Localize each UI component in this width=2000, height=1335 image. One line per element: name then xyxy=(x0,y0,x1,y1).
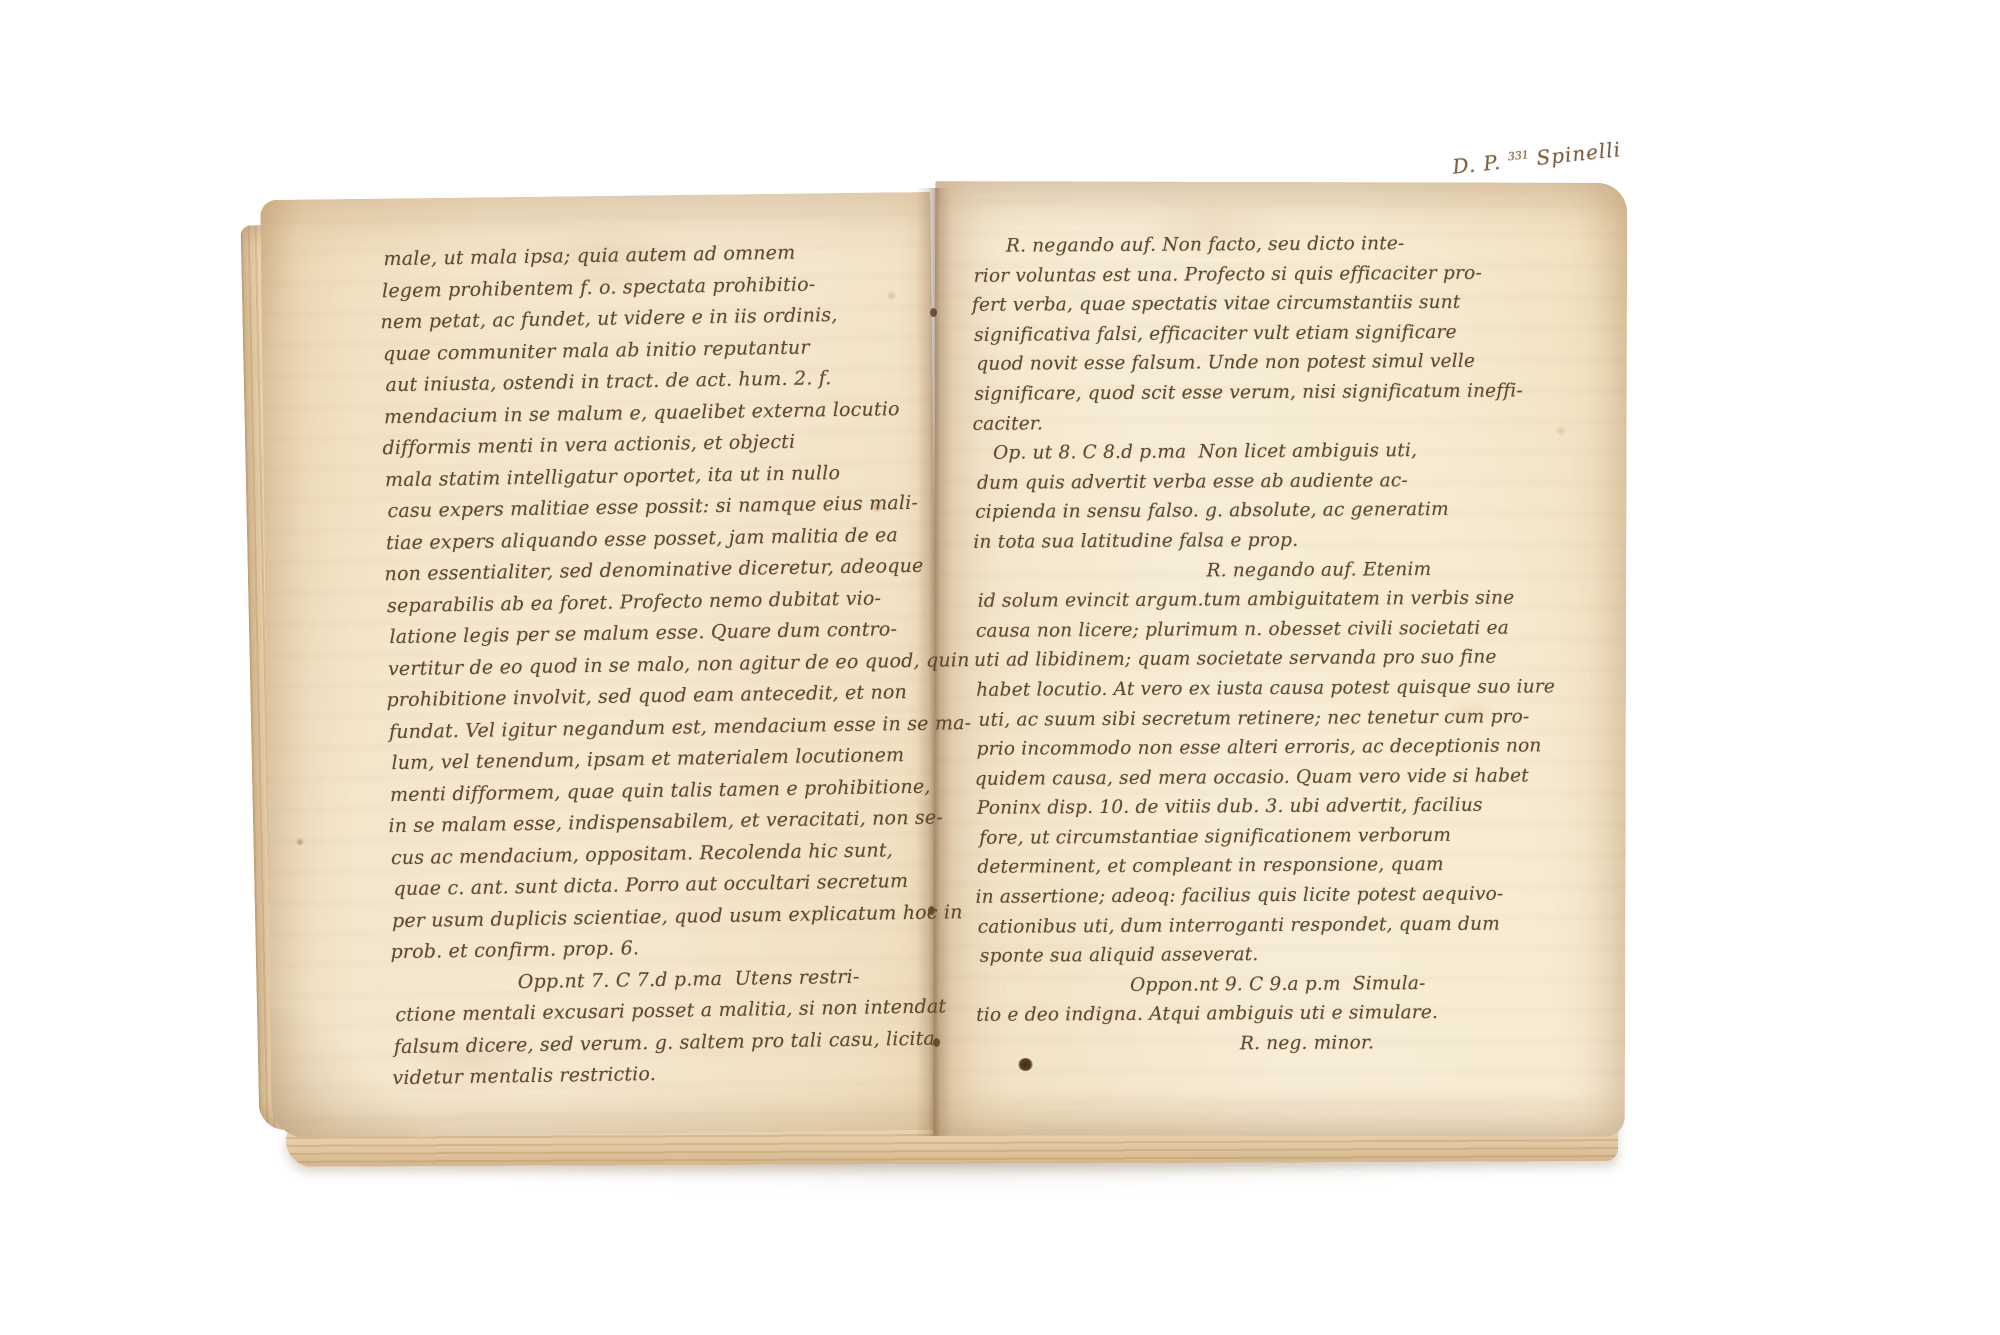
handwritten-line: R. neg. minor. xyxy=(978,1027,1570,1060)
handwritten-line: Op. ut 8. C 8.d p.ma Non licet ambiguis … xyxy=(975,435,1567,468)
handwritten-line: R. negando auf. Non facto, seu dicto int… xyxy=(975,228,1565,261)
inscription-name: Spinelli xyxy=(1535,137,1622,170)
handwritten-line: in assertione; adeoq: facilius quis lici… xyxy=(975,879,1569,912)
handwritten-line: significativa falsi, efficaciter vult et… xyxy=(974,317,1566,350)
handwritten-line: Poninx disp. 10. de vitiis dub. 3. ubi a… xyxy=(977,790,1569,823)
handwritten-line: R. negando auf. Etenim xyxy=(975,554,1567,587)
handwritten-line: Oppon.nt 9. C 9.a p.m Simula- xyxy=(978,968,1570,1001)
handwritten-line: prio incommodo non esse alteri erroris, … xyxy=(977,731,1569,764)
handwritten-line: fert verba, quae spectatis vitae circums… xyxy=(972,287,1566,320)
left-page-text: male, ut mala ipsa; quia autem ad omneml… xyxy=(381,236,924,1095)
handwritten-line: quod novit esse falsum. Unde non potest … xyxy=(976,347,1566,380)
foxing-stain xyxy=(296,838,304,846)
handwritten-line: id solum evincit argum.tum ambiguitatem … xyxy=(978,583,1568,616)
owner-inscription: D. P. 331 Spinelli xyxy=(1451,137,1622,179)
ink-blot xyxy=(1018,1058,1033,1071)
handwritten-line: determinent, et compleant in responsione… xyxy=(977,850,1569,883)
photo-background: male, ut mala ipsa; quia autem ad omneml… xyxy=(0,0,2000,1335)
handwritten-line: cipienda in sensu falso. g. absolute, ac… xyxy=(975,495,1567,528)
handwritten-line: in tota sua latitudine falsa e prop. xyxy=(973,524,1567,557)
handwritten-line: caciter. xyxy=(973,406,1567,439)
stitch-hole xyxy=(930,308,937,317)
handwritten-line: rior voluntas est una. Profecto si quis … xyxy=(974,258,1566,291)
handwritten-line: cationibus uti, dum interroganti respond… xyxy=(978,909,1570,942)
handwritten-line: quidem causa, sed mera occasio. Quam ver… xyxy=(975,761,1569,794)
handwritten-line: tio e deo indigna. Atqui ambiguis uti e … xyxy=(976,998,1570,1031)
handwritten-line: uti ad libidinem; quam societate servand… xyxy=(974,643,1568,676)
handwritten-line: causa non licere; plurimum n. obesset ci… xyxy=(976,613,1568,646)
inscription-number: 331 xyxy=(1507,148,1529,163)
right-page-text: R. negando auf. Non facto, seu dicto int… xyxy=(973,228,1570,1060)
handwritten-line: dum quis advertit verba esse ab audiente… xyxy=(977,465,1567,498)
handwritten-line: significare, quod scit esse verum, nisi … xyxy=(974,376,1566,409)
inscription-prefix: D. P. xyxy=(1451,150,1502,179)
handwritten-line: fore, ut circumstantiae significationem … xyxy=(979,820,1569,853)
handwritten-line: sponte sua aliquid asseverat. xyxy=(980,938,1570,971)
foxing-stain xyxy=(1440,700,1500,726)
